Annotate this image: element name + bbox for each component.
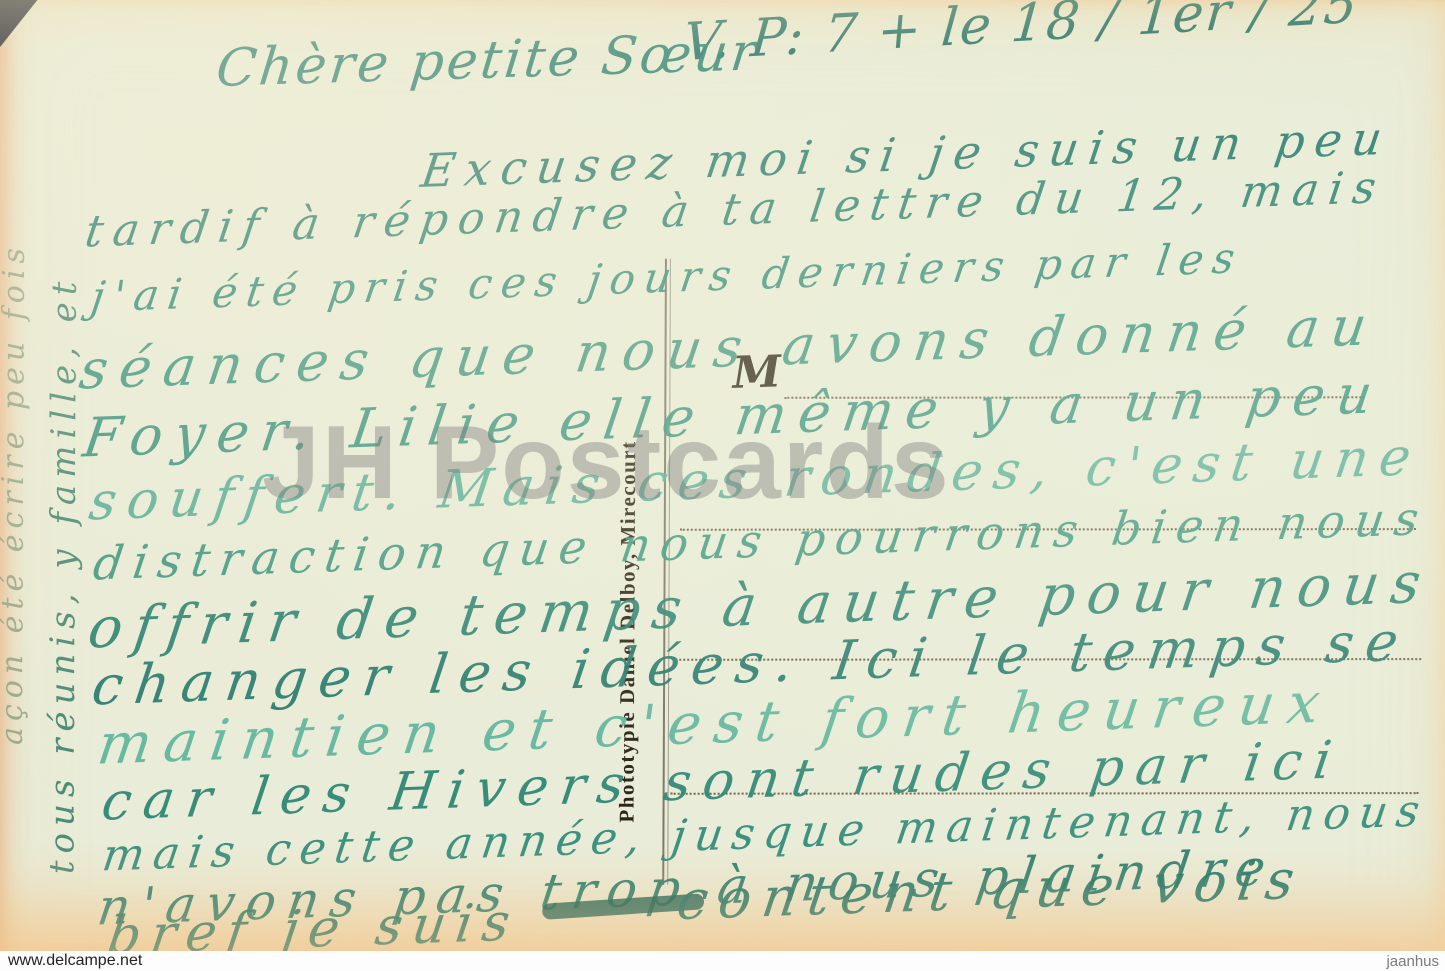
- scan-background-corner: [0, 0, 42, 50]
- handwritten-date: V. P: 7 + le 18 / 1er / 25: [681, 0, 1361, 73]
- scanned-postcard-image: Phototypie Daniel Delboy, Mirecourt M V.…: [0, 0, 1445, 971]
- margin-note-outer: açon été écrire peu fois: [0, 54, 44, 934]
- handwritten-salutation: Chère petite Sœur: [213, 22, 762, 99]
- margin-note-inner: tous réunis, y famille, et: [42, 194, 97, 954]
- seller-name-watermark: jaanhus: [1386, 953, 1439, 970]
- scan-footer-band: www.delcampe.net jaanhus: [0, 951, 1445, 971]
- postcard-back: Phototypie Daniel Delboy, Mirecourt M V.…: [0, 0, 1445, 962]
- source-url-watermark: www.delcampe.net: [8, 952, 142, 970]
